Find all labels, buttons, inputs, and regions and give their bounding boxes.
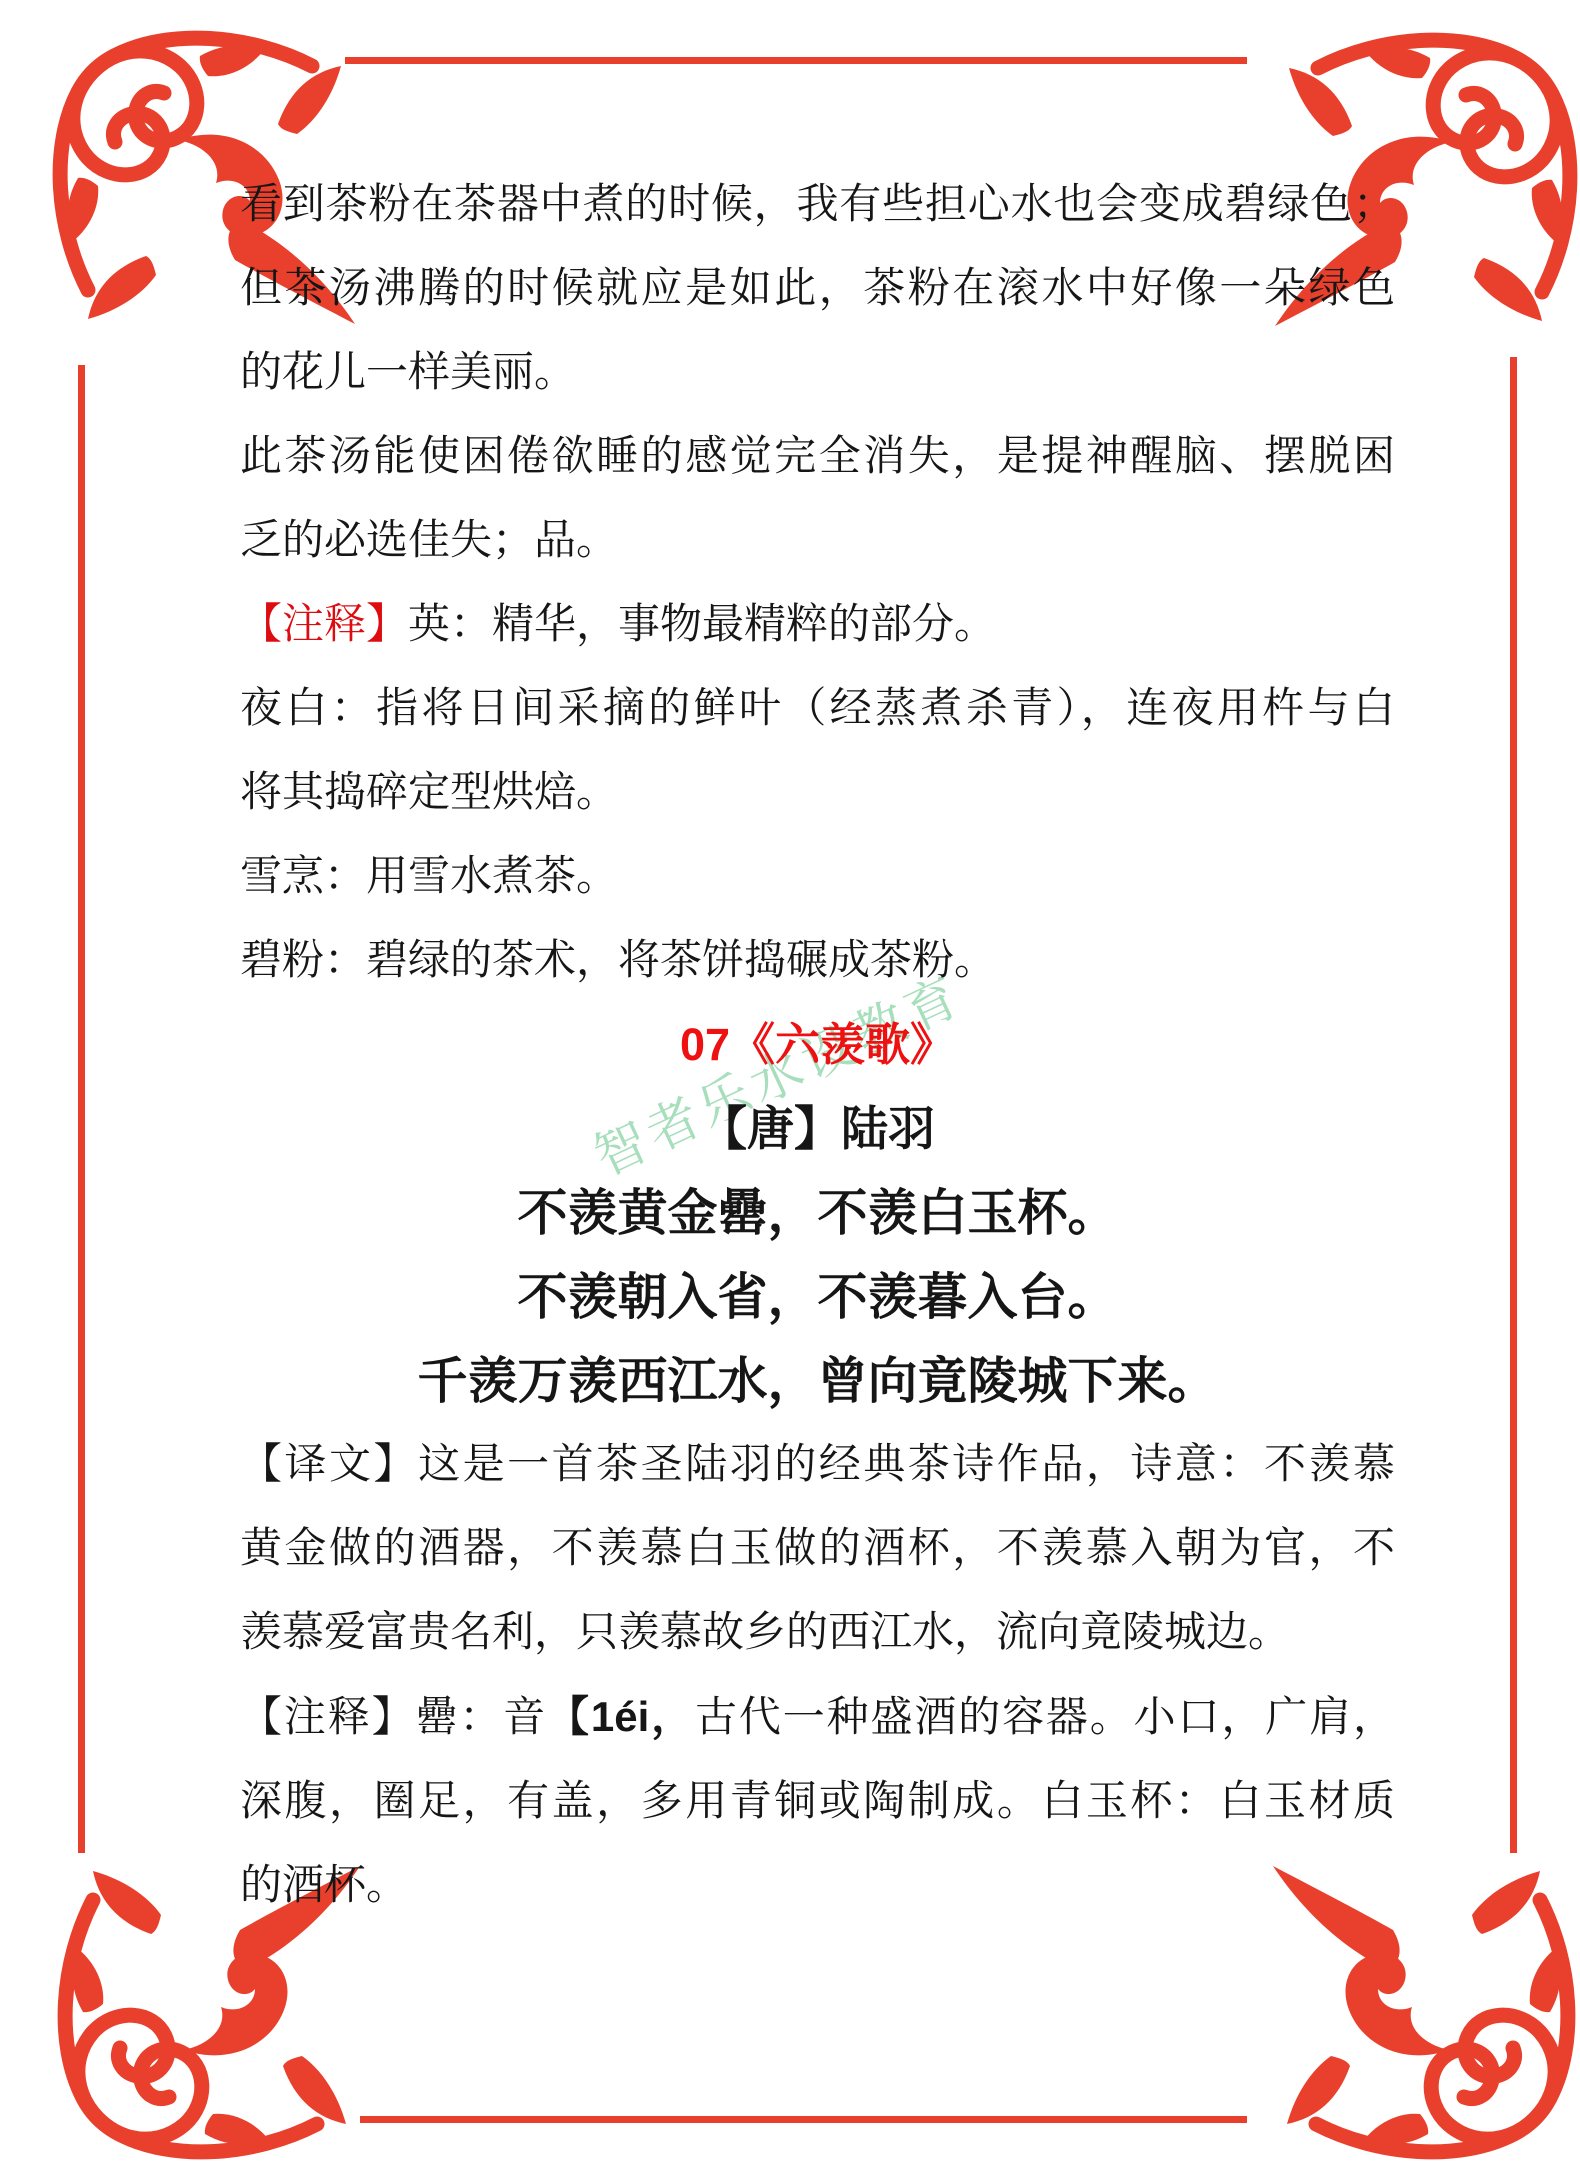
annotation-line: 深腹，圈足，有盖，多用青铜或陶制成。白玉杯：白玉材质 [240, 1760, 1395, 1844]
poem-author: 【唐】陆羽 [240, 1087, 1395, 1171]
border-right-line [1510, 357, 1517, 1853]
annotation-line: 的酒杯。 [240, 1844, 1395, 1928]
verse-line: 不羡黄金罍，不羡白玉杯。 [240, 1171, 1395, 1255]
body-text-line: 乏的必选佳失；品。 [240, 499, 1395, 583]
annotation-text: 英：精华，事物最精粹的部分。 [408, 602, 996, 648]
annotation-line: 【注释】英：精华，事物最精粹的部分。 [240, 583, 1395, 667]
phonetic-bold-text: 【1éi， [547, 1693, 695, 1740]
border-left-line [78, 365, 85, 1853]
body-text-line: 此茶汤能使困倦欲睡的感觉完全消失，是提神醒脑、摆脱困 [240, 415, 1395, 499]
page-content: 看到茶粉在茶器中煮的时候，我有些担心水也会变成碧绿色； 但茶汤沸腾的时候就应是如… [240, 163, 1395, 1928]
border-top-line [345, 57, 1247, 64]
body-text-line: 的花儿一样美丽。 [240, 331, 1395, 415]
annotation-label: 【注释】 [240, 602, 408, 648]
poem-title: 07《六羡歌》 [240, 1003, 1395, 1087]
annotation-line: 【注释】罍：音【1éi，古代一种盛酒的容器。小口，广肩， [240, 1675, 1395, 1760]
border-bottom-line [360, 2116, 1247, 2123]
body-text-line: 看到茶粉在茶器中煮的时候，我有些担心水也会变成碧绿色； [240, 163, 1395, 247]
verse-line: 千羡万羡西江水，曾向竟陵城下来。 [240, 1339, 1395, 1423]
annotation-text: 古代一种盛酒的容器。小口，广肩， [695, 1695, 1395, 1741]
body-text-line: 但茶汤沸腾的时候就应是如此，茶粉在滚水中好像一朵绿色 [240, 247, 1395, 331]
glossary-line: 碧粉：碧绿的茶术，将茶饼捣碾成茶粉。 [240, 919, 1395, 1003]
translation-line: 【译文】这是一首茶圣陆羽的经典茶诗作品，诗意：不羡慕 [240, 1423, 1395, 1507]
verse-line: 不羡朝入省，不羡暮入台。 [240, 1255, 1395, 1339]
document-page: 智者乐水设教育 看到茶粉在茶器中煮的时候，我有些担心水也会变成碧绿色； 但茶汤沸… [0, 0, 1580, 2165]
glossary-line: 雪烹：用雪水煮茶。 [240, 835, 1395, 919]
translation-line: 黄金做的酒器，不羡慕白玉做的酒杯，不羡慕入朝为官，不 [240, 1507, 1395, 1591]
annotation-text: 【注释】罍：音 [240, 1695, 547, 1741]
glossary-line: 将其捣碎定型烘焙。 [240, 751, 1395, 835]
translation-line: 羡慕爱富贵名利，只羡慕故乡的西江水，流向竟陵城边。 [240, 1591, 1395, 1675]
glossary-line: 夜白：指将日间采摘的鲜叶（经蒸煮杀青），连夜用杵与白 [240, 667, 1395, 751]
